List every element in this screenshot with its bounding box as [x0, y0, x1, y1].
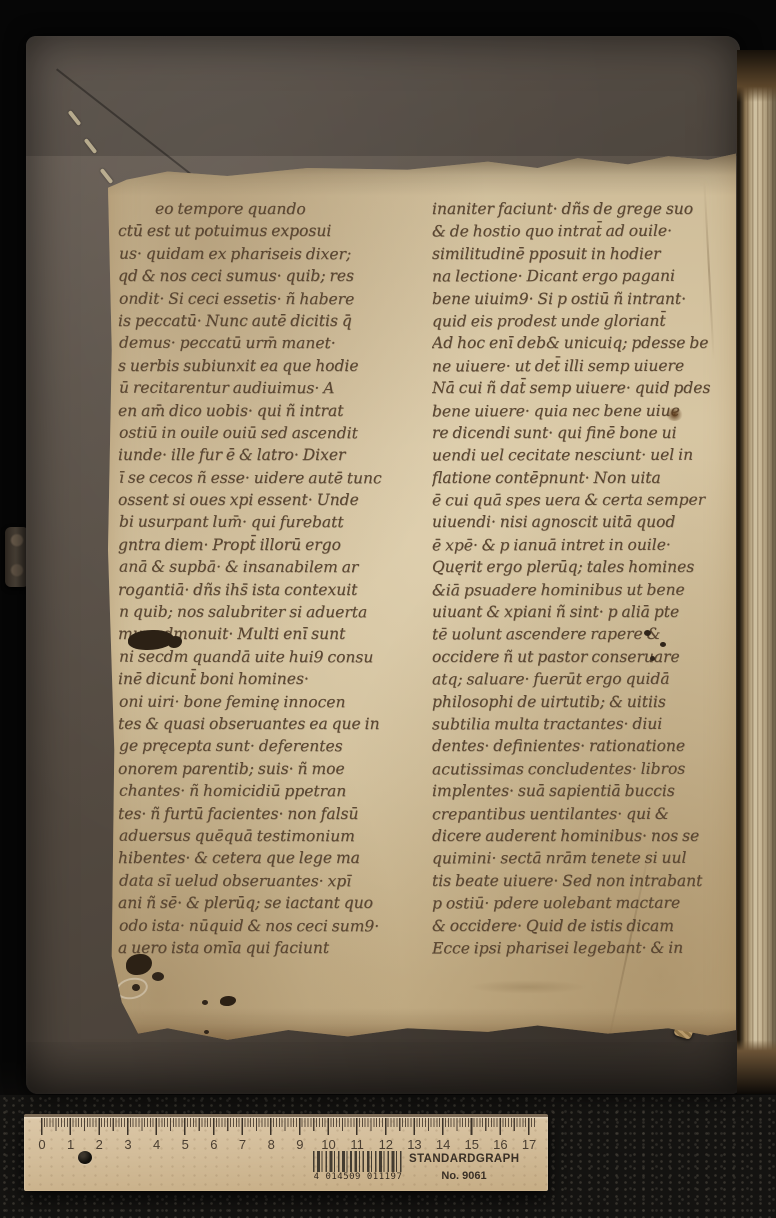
ruler-number: 6 — [204, 1137, 224, 1152]
manuscript-line: aduersus quēquā testimonium — [119, 825, 424, 848]
manuscript-line: dicere auderent hominibus· nos se — [432, 825, 740, 847]
manuscript-line: similitudinē pposuit in hodier — [432, 243, 740, 265]
ruler-number: 9 — [290, 1137, 310, 1152]
ruler-number: 4 — [147, 1137, 167, 1152]
manuscript-line: implentes· suā sapientiā buccis — [432, 780, 740, 802]
ink-speck — [644, 630, 651, 636]
manuscript-line: is peccatū· Nunc autē dicitis q̄ — [118, 310, 424, 332]
ruler-number: 3 — [118, 1137, 138, 1152]
ruler-number: 5 — [175, 1137, 195, 1152]
manuscript-line: philosophi de uirtutib; & uitiis — [432, 691, 740, 713]
manuscript-line: eo tempore quando — [119, 198, 424, 221]
manuscript-line: iunde· ille fur ē & latro· Dixer — [118, 444, 424, 466]
manuscript-line: occidere ñ ut pastor conseruare — [432, 646, 740, 668]
manuscript-line: inē dicunt̄ boni homines· — [118, 668, 424, 690]
manuscript-line: uiuendi· nisi agnoscit uitā quod — [432, 511, 740, 533]
ruler-hole — [78, 1151, 92, 1164]
manuscript-line: rogantiā· dñs ihs̄ ista contexuit — [118, 579, 424, 601]
fore-edge-top-shadow — [737, 50, 776, 102]
manuscript-line: gntra diem· Propt̄ illorū ergo — [118, 534, 424, 556]
stain-spot — [666, 408, 683, 421]
manuscript-line: bene uiuere· quia nec bene uiue — [432, 399, 740, 422]
manuscript-line: n quib; nos salubriter si aduerta — [119, 601, 424, 624]
manuscript-line: ē cui quā spes uera & certa semper — [432, 489, 740, 512]
corner-lacing-stitch — [100, 168, 114, 184]
manuscript-line: onorem parentib; suis· ñ moe — [118, 758, 424, 780]
ruler-brand: STANDARDGRAPH — [409, 1153, 519, 1165]
ruler-number: 14 — [433, 1137, 453, 1152]
manuscript-line: & occidere· Quid de istis dicam — [432, 915, 740, 937]
ruler-number: 13 — [404, 1137, 424, 1152]
manuscript-line: ne uiuere· ut det̄ illi semp uiuere — [432, 354, 740, 377]
manuscript-line: Ad hoc enī deb& unicuiq; pdesse be — [432, 332, 740, 354]
manuscript-line: ondit· Si ceci essetis· ñ habere — [119, 287, 424, 310]
manuscript-line: data sī uelud obseruantes· xpī — [119, 869, 424, 892]
barcode-digits: 4 014509 011197 — [310, 1172, 406, 1182]
manuscript-line: Ecce ipsi pharisei legebant· & in — [432, 936, 740, 959]
manuscript-line: na lectione· Dicant ergo pagani — [432, 265, 740, 288]
ruler-number: 17 — [519, 1137, 539, 1152]
manuscript-line: quid eis prodest unde gloriant̄ — [432, 310, 740, 333]
manuscript-line: bene uiuim9· Si p ostiū ñ intrant· — [432, 288, 740, 310]
manuscript-line: flatione contēpnunt· Non uita — [432, 467, 740, 489]
ruler-number: 11 — [347, 1137, 367, 1152]
cover-top-turnin — [26, 36, 740, 156]
ruler: 01234567891011121314151617 4 014509 0111… — [24, 1114, 548, 1191]
photo-of-manuscript-in-book-cover: eo tempore quandoctū est ut potuimus exp… — [0, 0, 776, 1218]
ruler-model: No. 9061 — [409, 1170, 519, 1182]
manuscript-line: atq; saluare· fuerūt ergo quidā — [432, 668, 740, 691]
ruler-number: 10 — [319, 1137, 339, 1152]
manuscript-line: p ostiū· pdere uolebant mactare — [432, 892, 740, 915]
ink-speck — [660, 642, 666, 647]
ruler-number: 1 — [61, 1137, 81, 1152]
manuscript-line: qd & nos ceci sumus· quib; res — [118, 265, 424, 287]
manuscript-line: en am̄ dico uobis· qui ñ intrat — [118, 400, 424, 422]
ruler-number: 15 — [462, 1137, 482, 1152]
manuscript-line: bi usurpant lum̄· qui furebatt — [119, 511, 424, 534]
turnin-shadow — [108, 150, 736, 196]
manuscript-line: uendi uel cecitate nesciunt· uel in — [432, 444, 740, 467]
ruler-number: 12 — [376, 1137, 396, 1152]
manuscript-line: tes & quasi obseruantes ea que in — [118, 713, 424, 735]
manuscript-line: tē uolunt ascendere rapere & — [432, 623, 740, 646]
manuscript-line: tis beate uiuere· Sed non intrabant — [432, 870, 740, 892]
manuscript-line: crepantibus uentilantes· qui & — [432, 802, 740, 825]
fore-edge-bottom-shadow — [737, 1040, 776, 1094]
manuscript-line: us· quidam ex phariseis dixer; — [119, 242, 424, 265]
book-cover-leather: eo tempore quandoctū est ut potuimus exp… — [26, 36, 740, 1094]
barcode — [313, 1151, 403, 1172]
left-text-column: eo tempore quandoctū est ut potuimus exp… — [118, 198, 424, 968]
manuscript-line: ge pręcepta sunt· deferentes — [119, 735, 424, 758]
manuscript-line: oni uiri· bone feminę innocen — [119, 690, 424, 713]
manuscript-line: ni secdm quandā uite hui9 consu — [119, 645, 424, 668]
manuscript-line: ū recitarentur audiuimus· A — [119, 377, 424, 400]
manuscript-line: hibentes· & cetera que lege ma — [118, 847, 424, 869]
ink-spot — [152, 972, 164, 981]
manuscript-line: ossent si oues xpi essent· Unde — [118, 489, 424, 511]
manuscript-line: acutissimas concludentes· libros — [432, 757, 740, 780]
manuscript-line: ctū est ut potuimus exposui — [118, 220, 424, 242]
chalk-mark — [114, 975, 150, 1002]
manuscript-line: tes· ñ furtū facientes· non falsū — [118, 803, 424, 825]
manuscript-line: uiuant & xpiani ñ sint· p aliā pte — [432, 601, 740, 623]
ruler-number: 16 — [490, 1137, 510, 1152]
ruler-number: 7 — [233, 1137, 253, 1152]
ruler-number: 8 — [261, 1137, 281, 1152]
ink-spot — [202, 1000, 208, 1005]
manuscript-line: demus· peccatū urm̄ manet· — [119, 332, 424, 355]
right-text-column: inaniter faciunt· dñs de grege suo& de h… — [432, 198, 740, 968]
manuscript-line: ani ñ sē· & plerūq; se iactant quo — [118, 892, 424, 914]
ink-spot — [204, 1030, 209, 1034]
offset-smudge — [468, 980, 588, 994]
manuscript-line: anā & supbā· & insanabilem ar — [119, 556, 424, 579]
manuscript-line: ī se cecos ñ esse· uidere autē tunc — [119, 466, 424, 489]
manuscript-line: Quęrit ergo plerūq; tales homines — [432, 556, 740, 578]
ruler-number: 2 — [89, 1137, 109, 1152]
manuscript-line: dentes· definientes· rationatione — [432, 735, 740, 757]
pastedown-page: eo tempore quandoctū est ut potuimus exp… — [108, 150, 736, 1048]
manuscript-line: chantes· ñ homicidiū ppetran — [119, 780, 424, 803]
manuscript-line: inaniter faciunt· dñs de grege suo — [432, 198, 740, 220]
ink-speck — [650, 656, 655, 661]
manuscript-line: re dicendi sunt· qui finē bone ui — [432, 422, 740, 444]
cover-bottom-turnin — [26, 1042, 740, 1094]
manuscript-line: & de hostio quo intrat̄ ad ouile· — [432, 220, 740, 243]
manuscript-line: s uerbis subiunxit ea que hodie — [118, 355, 424, 377]
manuscript-line: Nā cui ñ dat̄ semp uiuere· quid pdes — [432, 377, 740, 399]
manuscript-line: &iā psuadere hominibus ut bene — [432, 578, 740, 601]
manuscript-line: ē xpē· & p ianuā intret in ouile· — [432, 533, 740, 556]
book-fore-edge-pages — [737, 50, 776, 1094]
manuscript-line: quimini· sectā nrām tenete si uul — [432, 847, 740, 870]
ink-blot — [126, 954, 152, 975]
ink-spot — [220, 996, 236, 1006]
manuscript-line: subtilia multa tractantes· diui — [432, 713, 740, 736]
ruler-cm-ticks — [41, 1118, 535, 1135]
ruler-number: 0 — [32, 1137, 52, 1152]
manuscript-line: a uero ista omīa qui faciunt — [118, 937, 424, 959]
manuscript-line: odo ista· nūquid & nos ceci sum9· — [119, 914, 424, 937]
manuscript-line: ostiū in ouile ouiū sed ascendit — [119, 422, 424, 445]
